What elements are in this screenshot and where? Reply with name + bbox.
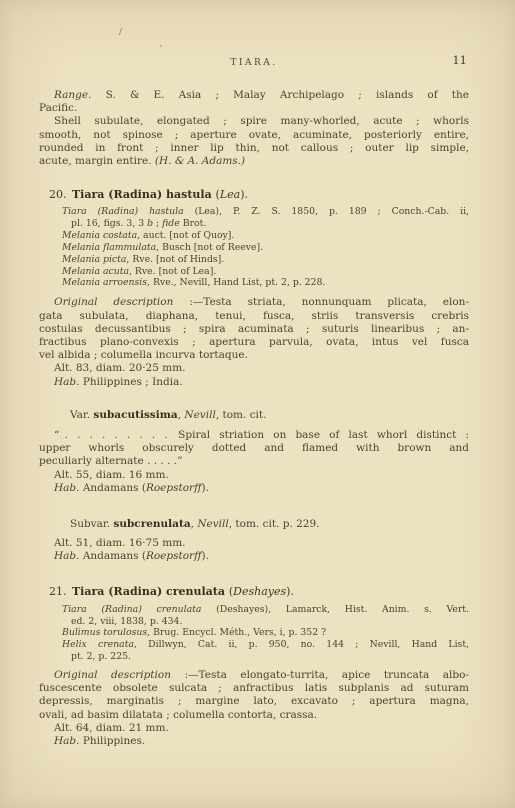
- text-line: acute, margin entire. (H. & A. Adams.): [39, 155, 469, 168]
- italic-text: Hab.: [54, 550, 79, 562]
- italic-text: fide: [162, 218, 180, 229]
- text-run: 21.: [49, 585, 72, 598]
- text-run: ).: [202, 482, 209, 494]
- text-run: , Rve. [not of Lea].: [129, 266, 216, 277]
- text-run: 20.: [49, 188, 72, 201]
- text-line: Alt. 55, diam. 16 mm.: [39, 469, 469, 482]
- text-run: , Brug. Encycl. Méth., Vers, i, p. 352 ?: [147, 627, 326, 638]
- text-run: Pacific.: [39, 102, 77, 114]
- text-run: Alt. 55, diam. 16 mm.: [54, 469, 169, 481]
- text-line: Subvar. subcrenulata, Nevill, tom. cit. …: [70, 518, 469, 531]
- text-run: Brot.: [180, 218, 207, 229]
- text-run: Alt. 51, diam. 16·75 mm.: [54, 537, 186, 549]
- text-line: Pacific.: [39, 102, 469, 115]
- species-21-synonymy: Tiara (Radina) crenulata (Deshayes), Lam…: [39, 604, 469, 663]
- text-run: S. & E. Asia ; Malay Archipelago ; islan…: [91, 89, 469, 101]
- text-line: Bulimus torulosus, Brug. Encycl. Méth., …: [62, 627, 469, 639]
- italic-text: Hab.: [54, 482, 79, 494]
- italic-text: Nevill: [197, 518, 228, 530]
- italic-text: Nevill: [184, 409, 215, 421]
- text-line: Var. subacutissima, Nevill, tom. cit.: [70, 409, 469, 422]
- text-line: smooth, not spinose ; aperture ovate, ac…: [39, 129, 469, 142]
- text-run: (Lea), P. Z. S. 1850, p. 189 ; Conch.-Ca…: [184, 206, 469, 217]
- text-run: , Busch [not of Reeve].: [156, 242, 263, 253]
- text-run: costulas decussantibus ; spira acuminata…: [39, 323, 469, 335]
- text-line: Melania costata, auct. [not of Quoy].: [62, 230, 469, 242]
- text-line: Melania flammulata, Busch [not of Reeve]…: [62, 242, 469, 254]
- species-20-heading: 20. Tiara (Radina) hastula (Lea).: [39, 188, 469, 201]
- bold-text: subacutissima: [93, 409, 177, 421]
- italic-text: Original description: [54, 296, 173, 308]
- shell-description-paragraph: Shell subulate, elongated ; spire many-w…: [39, 115, 469, 168]
- text-line: Hab. Andamans (Roepstorff).: [39, 482, 469, 495]
- text-run: smooth, not spinose ; aperture ovate, ac…: [39, 129, 469, 141]
- text-run: ).: [202, 550, 209, 562]
- italic-text: Deshayes: [233, 585, 286, 598]
- italic-text: Melania flammulata: [62, 242, 156, 253]
- text-line: Alt. 51, diam. 16·75 mm.: [39, 537, 469, 550]
- text-run: , Rve., Nevill, Hand List, pt. 2, p. 228…: [147, 277, 325, 288]
- italic-text: Hab.: [54, 376, 79, 388]
- text-line: pl. 16, figs. 3, 3 b ; fide Brot.: [62, 218, 469, 230]
- text-line: Alt. 83, diam. 20·25 mm.: [39, 362, 469, 375]
- italic-text: Melania acuta: [62, 266, 129, 277]
- text-line: Hab. Philippines ; India.: [39, 376, 469, 389]
- text-line: Helix crenata, Dillwyn, Cat. ii, p. 950,…: [62, 639, 469, 651]
- text-run: :—Testa striata, nonnunquam plicata, elo…: [173, 296, 469, 308]
- text-line: Melania picta, Rve. [not of Hinds].: [62, 254, 469, 266]
- text-line: gata subulata, diaphana, tenui, fusca, s…: [39, 310, 469, 323]
- page-number: 11: [452, 54, 467, 66]
- text-line: Melania acuta, Rve. [not of Lea].: [62, 266, 469, 278]
- text-line: fractibus plano-convexis ; apertura parv…: [39, 336, 469, 349]
- text-run: pt. 2, p. 225.: [71, 651, 131, 662]
- text-run: ).: [240, 188, 248, 201]
- bold-text: Tiara (Radina) hastula: [72, 188, 216, 201]
- text-run: fuscescente obsolete sulcata ; anfractib…: [39, 682, 469, 694]
- text-run: Alt. 83, diam. 20·25 mm.: [54, 362, 186, 374]
- italic-text: (H. & A. Adams.): [155, 155, 245, 167]
- text-line: Tiara (Radina) crenulata (Deshayes), Lam…: [62, 604, 469, 616]
- text-run: , Rve. [not of Hinds].: [126, 254, 224, 265]
- variety-quote-paragraph: “ . . . . . . . . . Spiral striation on …: [39, 429, 469, 495]
- text-run: Andamans (: [79, 482, 145, 494]
- text-line: Hab. Philippines.: [39, 735, 469, 748]
- text-run: (Deshayes), Lamarck, Hist. Anim. s. Vert…: [201, 604, 469, 615]
- species-20-original-description: Original description :—Testa striata, no…: [39, 296, 469, 388]
- text-line: Alt. 64, diam. 21 mm.: [39, 722, 469, 735]
- text-line: Shell subulate, elongated ; spire many-w…: [39, 115, 469, 128]
- text-run: Shell subulate, elongated ; spire many-w…: [54, 115, 469, 127]
- text-run: upper whorls obscurely dotted and flamed…: [39, 442, 469, 454]
- text-run: Var.: [70, 409, 93, 421]
- italic-text: Melania arroensis: [62, 277, 147, 288]
- bold-text: Tiara (Radina) crenulata: [72, 585, 229, 598]
- text-line: 20. Tiara (Radina) hastula (Lea).: [49, 188, 469, 201]
- species-21-original-description: Original description :—Testa elongato-tu…: [39, 669, 469, 748]
- italic-text: Tiara (Radina) crenulata: [62, 604, 201, 615]
- text-run: acute, margin entire.: [39, 155, 155, 167]
- subvariety-subcrenulata-heading: Subvar. subcrenulata, Nevill, tom. cit. …: [39, 518, 469, 531]
- text-run: ).: [286, 585, 294, 598]
- species-21-heading: 21. Tiara (Radina) crenulata (Deshayes).: [39, 585, 469, 598]
- text-run: fractibus plano-convexis ; apertura parv…: [39, 336, 469, 348]
- text-line: Hab. Andamans (Roepstorff).: [39, 550, 469, 563]
- text-run: :—Testa elongato-turrita, apice truncata…: [171, 669, 469, 681]
- range-paragraph: Range. S. & E. Asia ; Malay Archipelago …: [39, 89, 469, 115]
- text-run: , tom. cit.: [216, 409, 267, 421]
- bold-text: subcrenulata: [113, 518, 190, 530]
- text-line: pt. 2, p. 225.: [62, 651, 469, 663]
- subvariety-measurements: Alt. 51, diam. 16·75 mm.Hab. Andamans (R…: [39, 537, 469, 563]
- text-line: vel albida ; columella incurva tortaque.: [39, 349, 469, 362]
- text-run: ed. 2, viii, 1838, p. 434.: [71, 616, 182, 627]
- italic-text: Melania costata: [62, 230, 137, 241]
- text-line: Original description :—Testa elongato-tu…: [39, 669, 469, 682]
- text-run: depressis, marginatis ; margine lato, ex…: [39, 695, 469, 707]
- book-page: TIARA. 11 Range. S. & E. Asia ; Malay Ar…: [0, 0, 515, 808]
- italic-text: Roepstorff: [146, 482, 202, 494]
- species-20-synonymy: Tiara (Radina) hastula (Lea), P. Z. S. 1…: [39, 206, 469, 289]
- text-line: peculiarly alternate . . . . .”: [39, 455, 469, 468]
- variety-subacutissima-heading: Var. subacutissima, Nevill, tom. cit.: [39, 409, 469, 422]
- text-run: peculiarly alternate . . . . .”: [39, 455, 182, 467]
- italic-text: Range.: [54, 89, 91, 101]
- italic-text: Hab.: [54, 735, 79, 747]
- running-head-title: TIARA.: [230, 58, 277, 68]
- italic-text: Helix crenata: [62, 639, 134, 650]
- running-head: TIARA. 11: [39, 57, 469, 69]
- text-run: pl. 16, figs. 3, 3: [71, 218, 147, 229]
- text-line: costulas decussantibus ; spira acuminata…: [39, 323, 469, 336]
- text-run: Philippines ; India.: [79, 376, 182, 388]
- text-line: Original description :—Testa striata, no…: [39, 296, 469, 309]
- text-run: , tom. cit. p. 229.: [229, 518, 320, 530]
- text-line: upper whorls obscurely dotted and flamed…: [39, 442, 469, 455]
- text-line: depressis, marginatis ; margine lato, ex…: [39, 695, 469, 708]
- text-line: Tiara (Radina) hastula (Lea), P. Z. S. 1…: [62, 206, 469, 218]
- text-line: 21. Tiara (Radina) crenulata (Deshayes).: [49, 585, 469, 598]
- page-content: TIARA. 11 Range. S. & E. Asia ; Malay Ar…: [39, 0, 469, 748]
- text-run: Subvar.: [70, 518, 113, 530]
- text-run: , auct. [not of Quoy].: [137, 230, 234, 241]
- text-run: ovali, ad basim dilatata ; columella con…: [39, 709, 317, 721]
- text-run: rounded in front ; inner lip thin, not c…: [39, 142, 469, 154]
- text-run: vel albida ; columella incurva tortaque.: [39, 349, 248, 361]
- italic-text: Roepstorff: [146, 550, 202, 562]
- text-run: ;: [153, 218, 162, 229]
- italic-text: Tiara (Radina) hastula: [62, 206, 184, 217]
- text-line: Range. S. & E. Asia ; Malay Archipelago …: [39, 89, 469, 102]
- text-line: fuscescente obsolete sulcata ; anfractib…: [39, 682, 469, 695]
- italic-text: Bulimus torulosus: [62, 627, 147, 638]
- text-line: “ . . . . . . . . . Spiral striation on …: [39, 429, 469, 442]
- text-line: Melania arroensis, Rve., Nevill, Hand Li…: [62, 277, 469, 289]
- italic-text: Lea: [220, 188, 240, 201]
- text-run: Alt. 64, diam. 21 mm.: [54, 722, 169, 734]
- text-run: gata subulata, diaphana, tenui, fusca, s…: [39, 310, 469, 322]
- text-line: rounded in front ; inner lip thin, not c…: [39, 142, 469, 155]
- italic-text: Melania picta: [62, 254, 126, 265]
- text-run: “ . . . . . . . . . Spiral striation on …: [54, 429, 469, 441]
- italic-text: Original description: [54, 669, 171, 681]
- text-run: Andamans (: [79, 550, 145, 562]
- text-run: Philippines.: [79, 735, 145, 747]
- text-run: , Dillwyn, Cat. ii, p. 950, no. 144 ; Ne…: [134, 639, 469, 650]
- text-line: ovali, ad basim dilatata ; columella con…: [39, 709, 469, 722]
- text-line: ed. 2, viii, 1838, p. 434.: [62, 616, 469, 628]
